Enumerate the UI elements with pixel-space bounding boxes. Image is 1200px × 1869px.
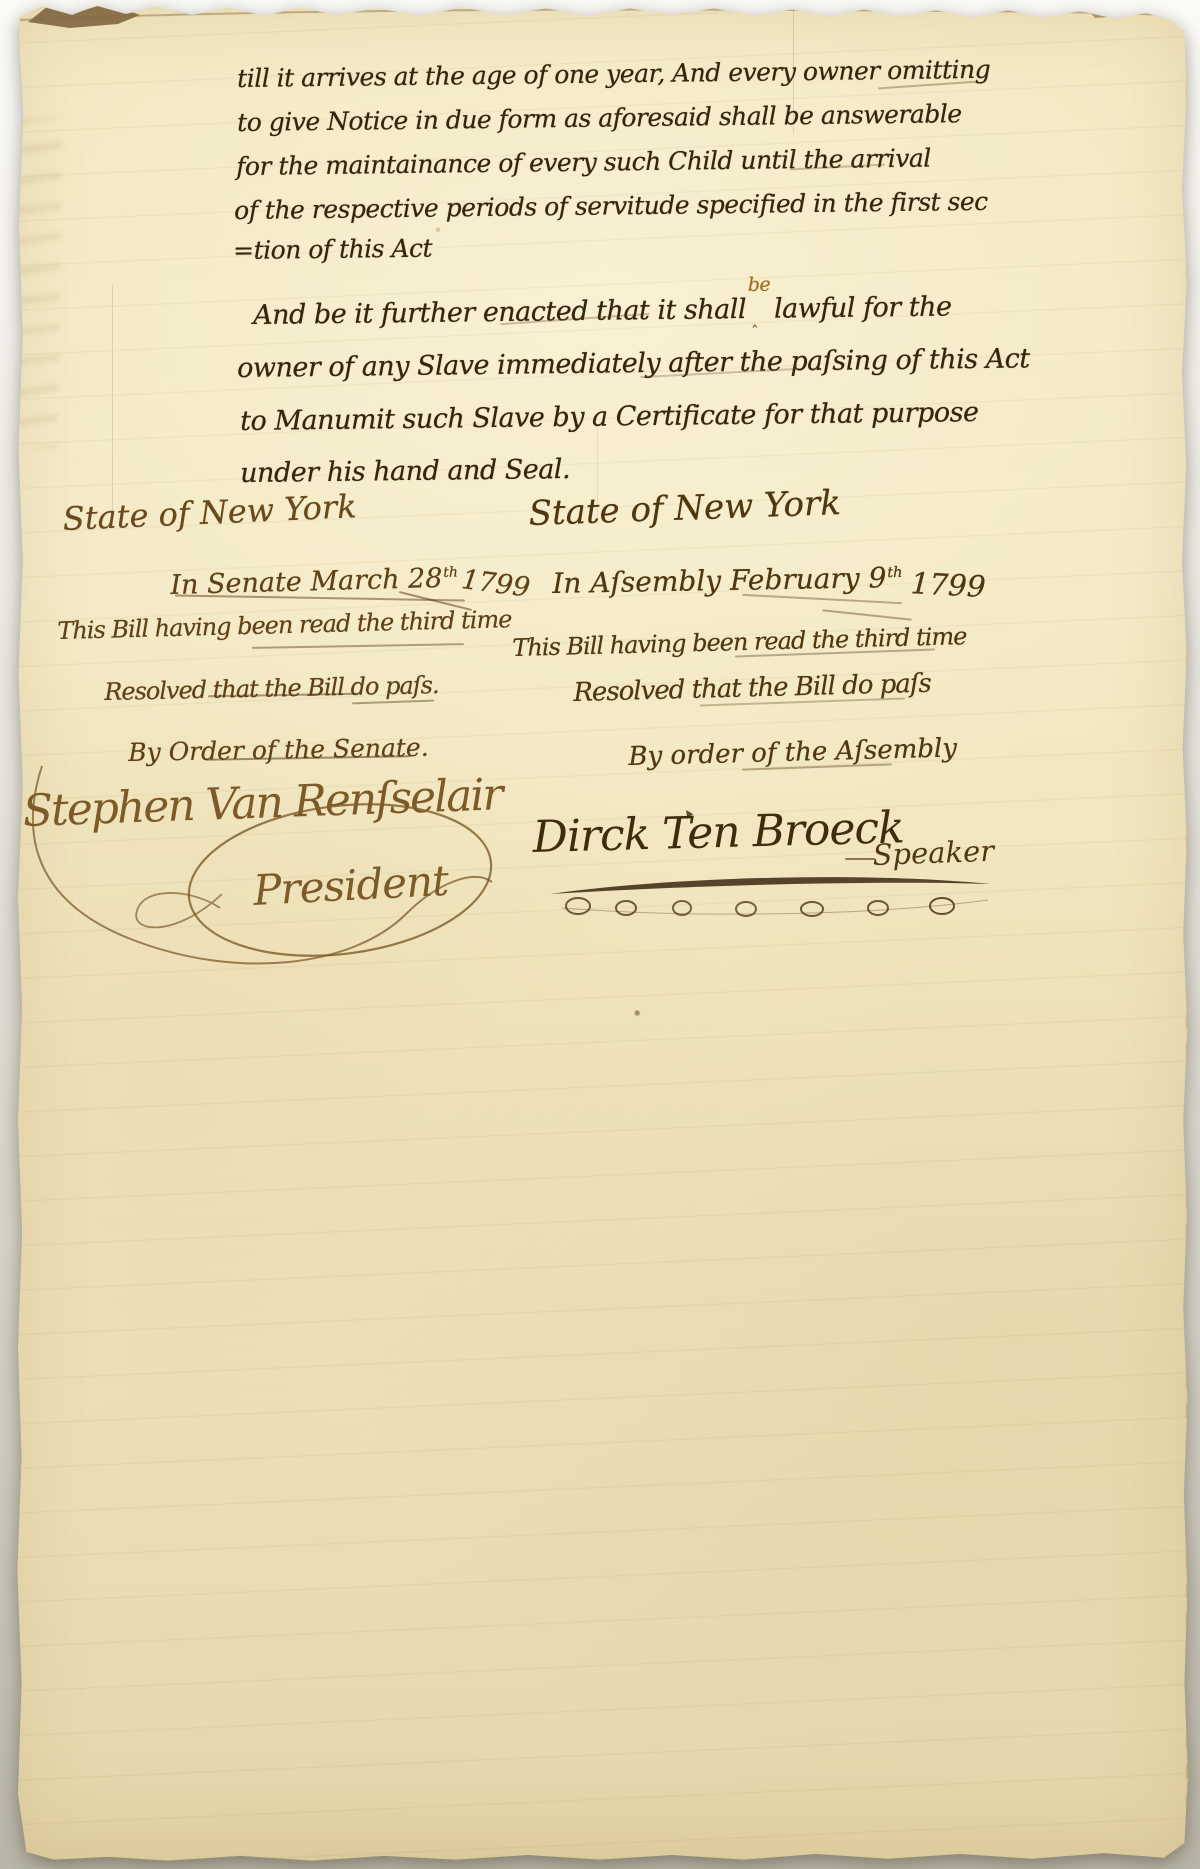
caret-mark: ‸ [752, 310, 757, 328]
manuscript-line: And be it further enacted that it shallb… [253, 291, 952, 331]
date-text: In Aſsembly February 9 [552, 561, 887, 600]
ordinal-suffix: th [443, 564, 458, 580]
senate-president-signature: Stephen Van Renſselair [22, 769, 502, 837]
senate-certification-line: By Order of the Senate. [128, 733, 429, 767]
torn-edge-artifacts [0, 0, 1200, 46]
manuscript-line: =tion of this Act [233, 234, 432, 265]
ink-flourish-line [252, 643, 464, 648]
manuscript-line: to Manumit such Slave by a Certificate f… [240, 397, 979, 437]
paper-crease [112, 285, 113, 520]
faint-ruled-lines [0, 0, 1200, 1869]
deckled-edge [1186, 24, 1189, 1845]
ink-flourish-line [742, 594, 902, 604]
ink-flourish-line [822, 609, 912, 620]
senate-heading: State of New York [62, 487, 357, 538]
line-text: And be it further enacted that it shall [253, 294, 746, 331]
assembly-date-line: In Aſsembly February 9th1799 [552, 558, 987, 600]
line-text: lawful for the [774, 291, 952, 324]
ink-showthrough [1, 118, 63, 449]
manuscript-line: under his hand and Seal. [240, 454, 570, 489]
paper-shadow-wrap: till it arrives at the age of one year, … [0, 0, 1200, 1869]
assembly-heading: State of New York [528, 483, 841, 534]
manuscript-line: of the respective periods of servitude s… [234, 187, 988, 225]
speaker-signature-flourish [540, 870, 1000, 926]
ordinal-suffix: th [887, 564, 903, 581]
manuscript-scan: till it arrives at the age of one year, … [0, 0, 1200, 1869]
manuscript-page: till it arrives at the age of one year, … [0, 0, 1200, 1869]
manuscript-line: owner of any Slave immediately after the… [237, 343, 1030, 384]
manuscript-line: to give Notice in due form as aforesaid … [237, 99, 962, 137]
manuscript-line: for the maintainance of every such Child… [236, 144, 931, 181]
assembly-speaker-signature: Dirck Ten Broeck [532, 802, 904, 863]
assembly-speaker-title: Speaker [872, 834, 995, 872]
senate-president-title: President [252, 856, 449, 915]
senate-certification-line: This Bill having been read the third tim… [57, 605, 512, 645]
year: 1799 [459, 564, 531, 604]
interlinear-insertion: be‸ [746, 308, 774, 318]
year: 1799 [910, 566, 986, 604]
inserted-word: be [748, 274, 771, 296]
ink-flourish-line [845, 858, 875, 860]
